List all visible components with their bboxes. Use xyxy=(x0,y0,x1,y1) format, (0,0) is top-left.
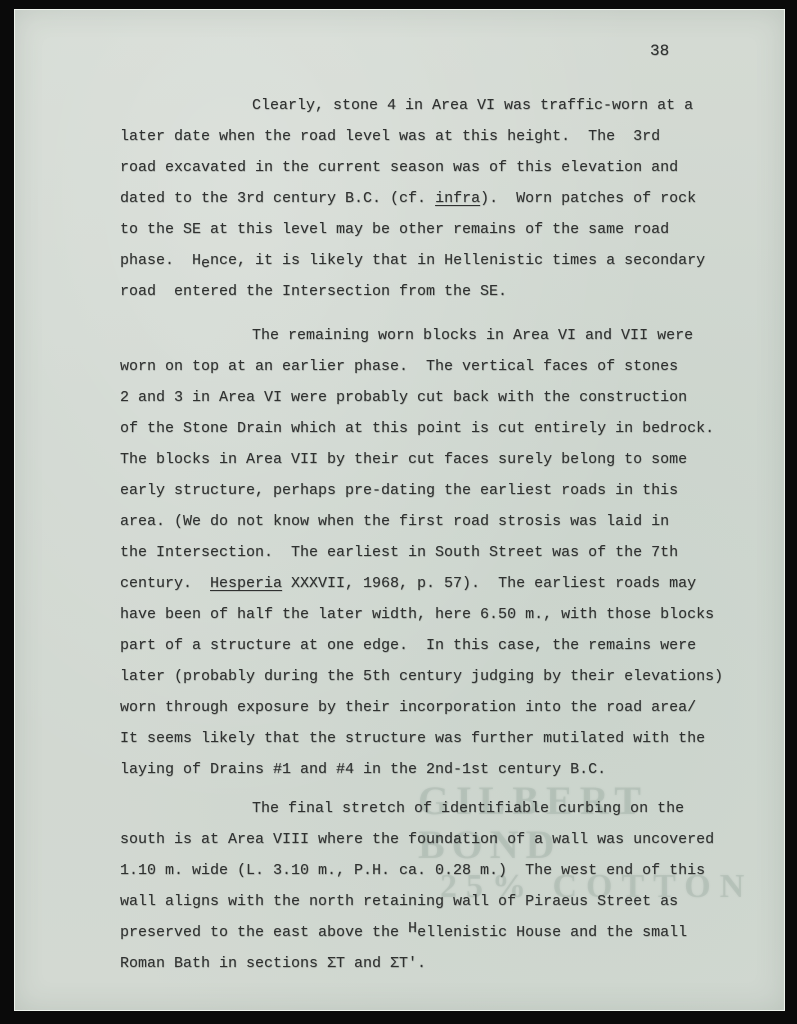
text-segment: Clearly, stone 4 in Area VI was traffic-… xyxy=(252,97,693,114)
page-number: 38 xyxy=(650,42,669,60)
text-line: worn on top at an earlier phase. The ver… xyxy=(120,351,770,382)
text-line: wall aligns with the north retaining wal… xyxy=(120,886,770,917)
paragraph: The final stretch of identifiable curbin… xyxy=(120,793,770,979)
text-line: have been of half the later width, here … xyxy=(120,599,770,630)
text-segment: worn on top at an earlier phase. The ver… xyxy=(120,358,678,375)
text-segment: The blocks in Area VII by their cut face… xyxy=(120,451,687,468)
text-segment: road entered the Intersection from the S… xyxy=(120,283,507,300)
text-segment: The final stretch of identifiable curbin… xyxy=(252,800,684,817)
paragraph: The remaining worn blocks in Area VI and… xyxy=(120,320,770,785)
text-segment: century. xyxy=(120,575,210,592)
text-segment: early structure, perhaps pre-dating the … xyxy=(120,482,678,499)
text-segment: preserved to the east above the xyxy=(120,924,408,941)
text-segment: road excavated in the current season was… xyxy=(120,159,678,176)
text-line: preserved to the east above the Hellenis… xyxy=(120,917,770,948)
text-segment: south is at Area VIII where the foundati… xyxy=(120,831,714,848)
text-line: It seems likely that the structure was f… xyxy=(120,723,770,754)
text-line: south is at Area VIII where the foundati… xyxy=(120,824,770,855)
underlined-text: Hesperia xyxy=(210,575,282,592)
text-segment: wall aligns with the north retaining wal… xyxy=(120,893,678,910)
document-page: 38 Gilbert Bond 25% Cotton Clearly, ston… xyxy=(14,9,785,1011)
scanned-photo-frame: 38 Gilbert Bond 25% Cotton Clearly, ston… xyxy=(0,0,797,1024)
text-line: The final stretch of identifiable curbin… xyxy=(120,793,770,824)
text-segment: the Intersection. The earliest in South … xyxy=(120,544,678,561)
text-segment: Roman Bath in sections ΣT and ΣT'. xyxy=(120,955,426,972)
text-segment: part of a structure at one edge. In this… xyxy=(120,637,696,654)
text-segment: XXXVII, 1968, p. 57). The earliest roads… xyxy=(282,575,696,592)
text-line: later (probably during the 5th century j… xyxy=(120,661,770,692)
text-line: Clearly, stone 4 in Area VI was traffic-… xyxy=(120,90,770,121)
text-segment: nce, it is likely that in Hellenistic ti… xyxy=(210,252,705,269)
text-line: early structure, perhaps pre-dating the … xyxy=(120,475,770,506)
text-segment: area. (We do not know when the first roa… xyxy=(120,513,669,530)
underlined-text: infra xyxy=(435,190,480,207)
text-segment: to the SE at this level may be other rem… xyxy=(120,221,669,238)
text-line: to the SE at this level may be other rem… xyxy=(120,214,770,245)
text-line: 2 and 3 in Area VI were probably cut bac… xyxy=(120,382,770,413)
text-line: dated to the 3rd century B.C. (cf. infra… xyxy=(120,183,770,214)
text-segment: later (probably during the 5th century j… xyxy=(120,668,723,685)
text-segment: worn through exposure by their incorpora… xyxy=(120,699,696,716)
typewritten-text: Clearly, stone 4 in Area VI was traffic-… xyxy=(120,90,770,979)
text-segment: 1.10 m. wide (L. 3.10 m., P.H. ca. 0.28 … xyxy=(120,862,705,879)
text-segment: ). Worn patches of rock xyxy=(480,190,696,207)
text-segment: ellenistic House and the small xyxy=(417,924,687,941)
text-line: worn through exposure by their incorpora… xyxy=(120,692,770,723)
text-line: of the Stone Drain which at this point i… xyxy=(120,413,770,444)
text-line: 1.10 m. wide (L. 3.10 m., P.H. ca. 0.28 … xyxy=(120,855,770,886)
text-line: The blocks in Area VII by their cut face… xyxy=(120,444,770,475)
text-segment: 2 and 3 in Area VI were probably cut bac… xyxy=(120,389,687,406)
text-segment: phase. H xyxy=(120,252,201,269)
text-line: road excavated in the current season was… xyxy=(120,152,770,183)
text-line: later date when the road level was at th… xyxy=(120,121,770,152)
text-segment: laying of Drains #1 and #4 in the 2nd-1s… xyxy=(120,761,606,778)
text-line: laying of Drains #1 and #4 in the 2nd-1s… xyxy=(120,754,770,785)
text-segment: It seems likely that the structure was f… xyxy=(120,730,705,747)
text-line: Roman Bath in sections ΣT and ΣT'. xyxy=(120,948,770,979)
text-line: road entered the Intersection from the S… xyxy=(120,276,770,307)
text-segment: dated to the 3rd century B.C. (cf. xyxy=(120,190,435,207)
text-segment: H xyxy=(408,920,417,937)
text-segment: The remaining worn blocks in Area VI and… xyxy=(252,327,693,344)
paragraph: Clearly, stone 4 in Area VI was traffic-… xyxy=(120,90,770,307)
text-line: area. (We do not know when the first roa… xyxy=(120,506,770,537)
text-segment: e xyxy=(201,255,210,272)
text-segment: of the Stone Drain which at this point i… xyxy=(120,420,714,437)
text-line: The remaining worn blocks in Area VI and… xyxy=(120,320,770,351)
text-line: part of a structure at one edge. In this… xyxy=(120,630,770,661)
text-segment: later date when the road level was at th… xyxy=(120,128,660,145)
text-line: century. Hesperia XXXVII, 1968, p. 57). … xyxy=(120,568,770,599)
text-line: the Intersection. The earliest in South … xyxy=(120,537,770,568)
text-segment: have been of half the later width, here … xyxy=(120,606,714,623)
text-line: phase. Hence, it is likely that in Helle… xyxy=(120,245,770,276)
